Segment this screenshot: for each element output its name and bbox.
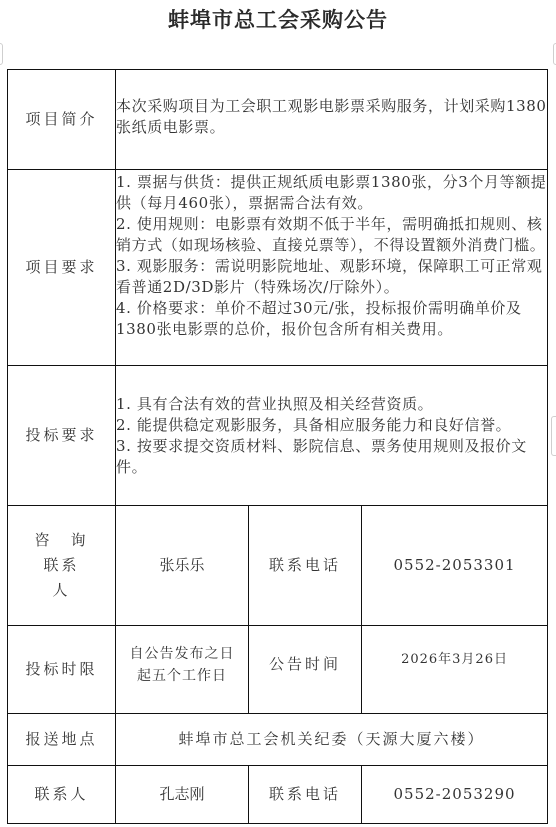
left-edge-handle [0, 43, 3, 65]
deadline-line: 自公告发布之日 [116, 643, 248, 665]
label-line: 人 [34, 578, 88, 603]
contact-phone-label: 联系电话 [249, 766, 362, 824]
consult-phone-label: 联系电话 [249, 506, 362, 626]
side-scroll-handle [551, 416, 556, 456]
requirement-item: 4. 价格要求：单价不超过30元/张，投标报价需明确单价及1380张电影票的总价… [116, 298, 547, 340]
contact-name: 孔志刚 [116, 766, 249, 824]
project-intro-text: 本次采购项目为工会职工观影电影票采购服务，计划采购1380张纸质电影票。 [116, 70, 548, 170]
row-consult-contact: 咨 询 联系 人 张乐乐 联系电话 0552-2053301 [8, 506, 548, 626]
row-bid-requirements: 投标要求 1. 具有合法有效的营业执照及相关经营资质。 2. 能提供稳定观影服务… [8, 366, 548, 506]
label-line: 联系 [34, 553, 88, 578]
bid-requirement-item: 1. 具有合法有效的营业执照及相关经营资质。 [116, 394, 547, 415]
submit-location-value: 蚌埠市总工会机关纪委（天源大厦六楼） [116, 714, 548, 766]
deadline-line: 起五个工作日 [116, 665, 248, 687]
requirement-item: 2. 使用规则：电影票有效期不低于半年，需明确抵扣规则、核销方式（如现场核验、直… [116, 214, 547, 256]
row-submit-location: 报送地点 蚌埠市总工会机关纪委（天源大厦六楼） [8, 714, 548, 766]
consult-contact-name: 张乐乐 [116, 506, 249, 626]
label-project-requirements: 项目要求 [8, 170, 116, 366]
announcement-date-label: 公告时间 [249, 626, 362, 714]
label-project-intro: 项目简介 [8, 70, 116, 170]
announcement-date-value: 2026年3月26日 [362, 626, 548, 714]
label-bid-requirements: 投标要求 [8, 366, 116, 506]
requirement-item: 1. 票据与供货：提供正规纸质电影票1380张，分3个月等额提供（每月460张）… [116, 172, 547, 214]
requirement-item: 3. 观影服务：需说明影院地址、观影环境，保障职工可正常观看普通2D/3D影片（… [116, 256, 547, 298]
row-project-intro: 项目简介 本次采购项目为工会职工观影电影票采购服务，计划采购1380张纸质电影票… [8, 70, 548, 170]
row-bid-deadline: 投标时限 自公告发布之日 起五个工作日 公告时间 2026年3月26日 [8, 626, 548, 714]
consult-phone-value: 0552-2053301 [362, 506, 548, 626]
bid-deadline-value: 自公告发布之日 起五个工作日 [116, 626, 249, 714]
contact-phone-value: 0552-2053290 [362, 766, 548, 824]
label-line: 咨 询 [34, 528, 88, 553]
bid-requirement-item: 3. 按要求提交资质材料、影院信息、票务使用规则及报价文件。 [116, 436, 547, 478]
bid-requirement-item: 2. 能提供稳定观影服务，具备相应服务能力和良好信誉。 [116, 415, 547, 436]
page-title: 蚌埠市总工会采购公告 [0, 4, 556, 34]
label-consult-contact: 咨 询 联系 人 [8, 506, 116, 626]
label-bid-deadline: 投标时限 [8, 626, 116, 714]
row-contact: 联系人 孔志刚 联系电话 0552-2053290 [8, 766, 548, 824]
announcement-table: 项目简介 本次采购项目为工会职工观影电影票采购服务，计划采购1380张纸质电影票… [7, 69, 548, 824]
bid-requirements-list: 1. 具有合法有效的营业执照及相关经营资质。 2. 能提供稳定观影服务，具备相应… [116, 366, 548, 506]
project-requirements-list: 1. 票据与供货：提供正规纸质电影票1380张，分3个月等额提供（每月460张）… [116, 170, 548, 366]
row-project-requirements: 项目要求 1. 票据与供货：提供正规纸质电影票1380张，分3个月等额提供（每月… [8, 170, 548, 366]
label-contact: 联系人 [8, 766, 116, 824]
label-submit-location: 报送地点 [8, 714, 116, 766]
